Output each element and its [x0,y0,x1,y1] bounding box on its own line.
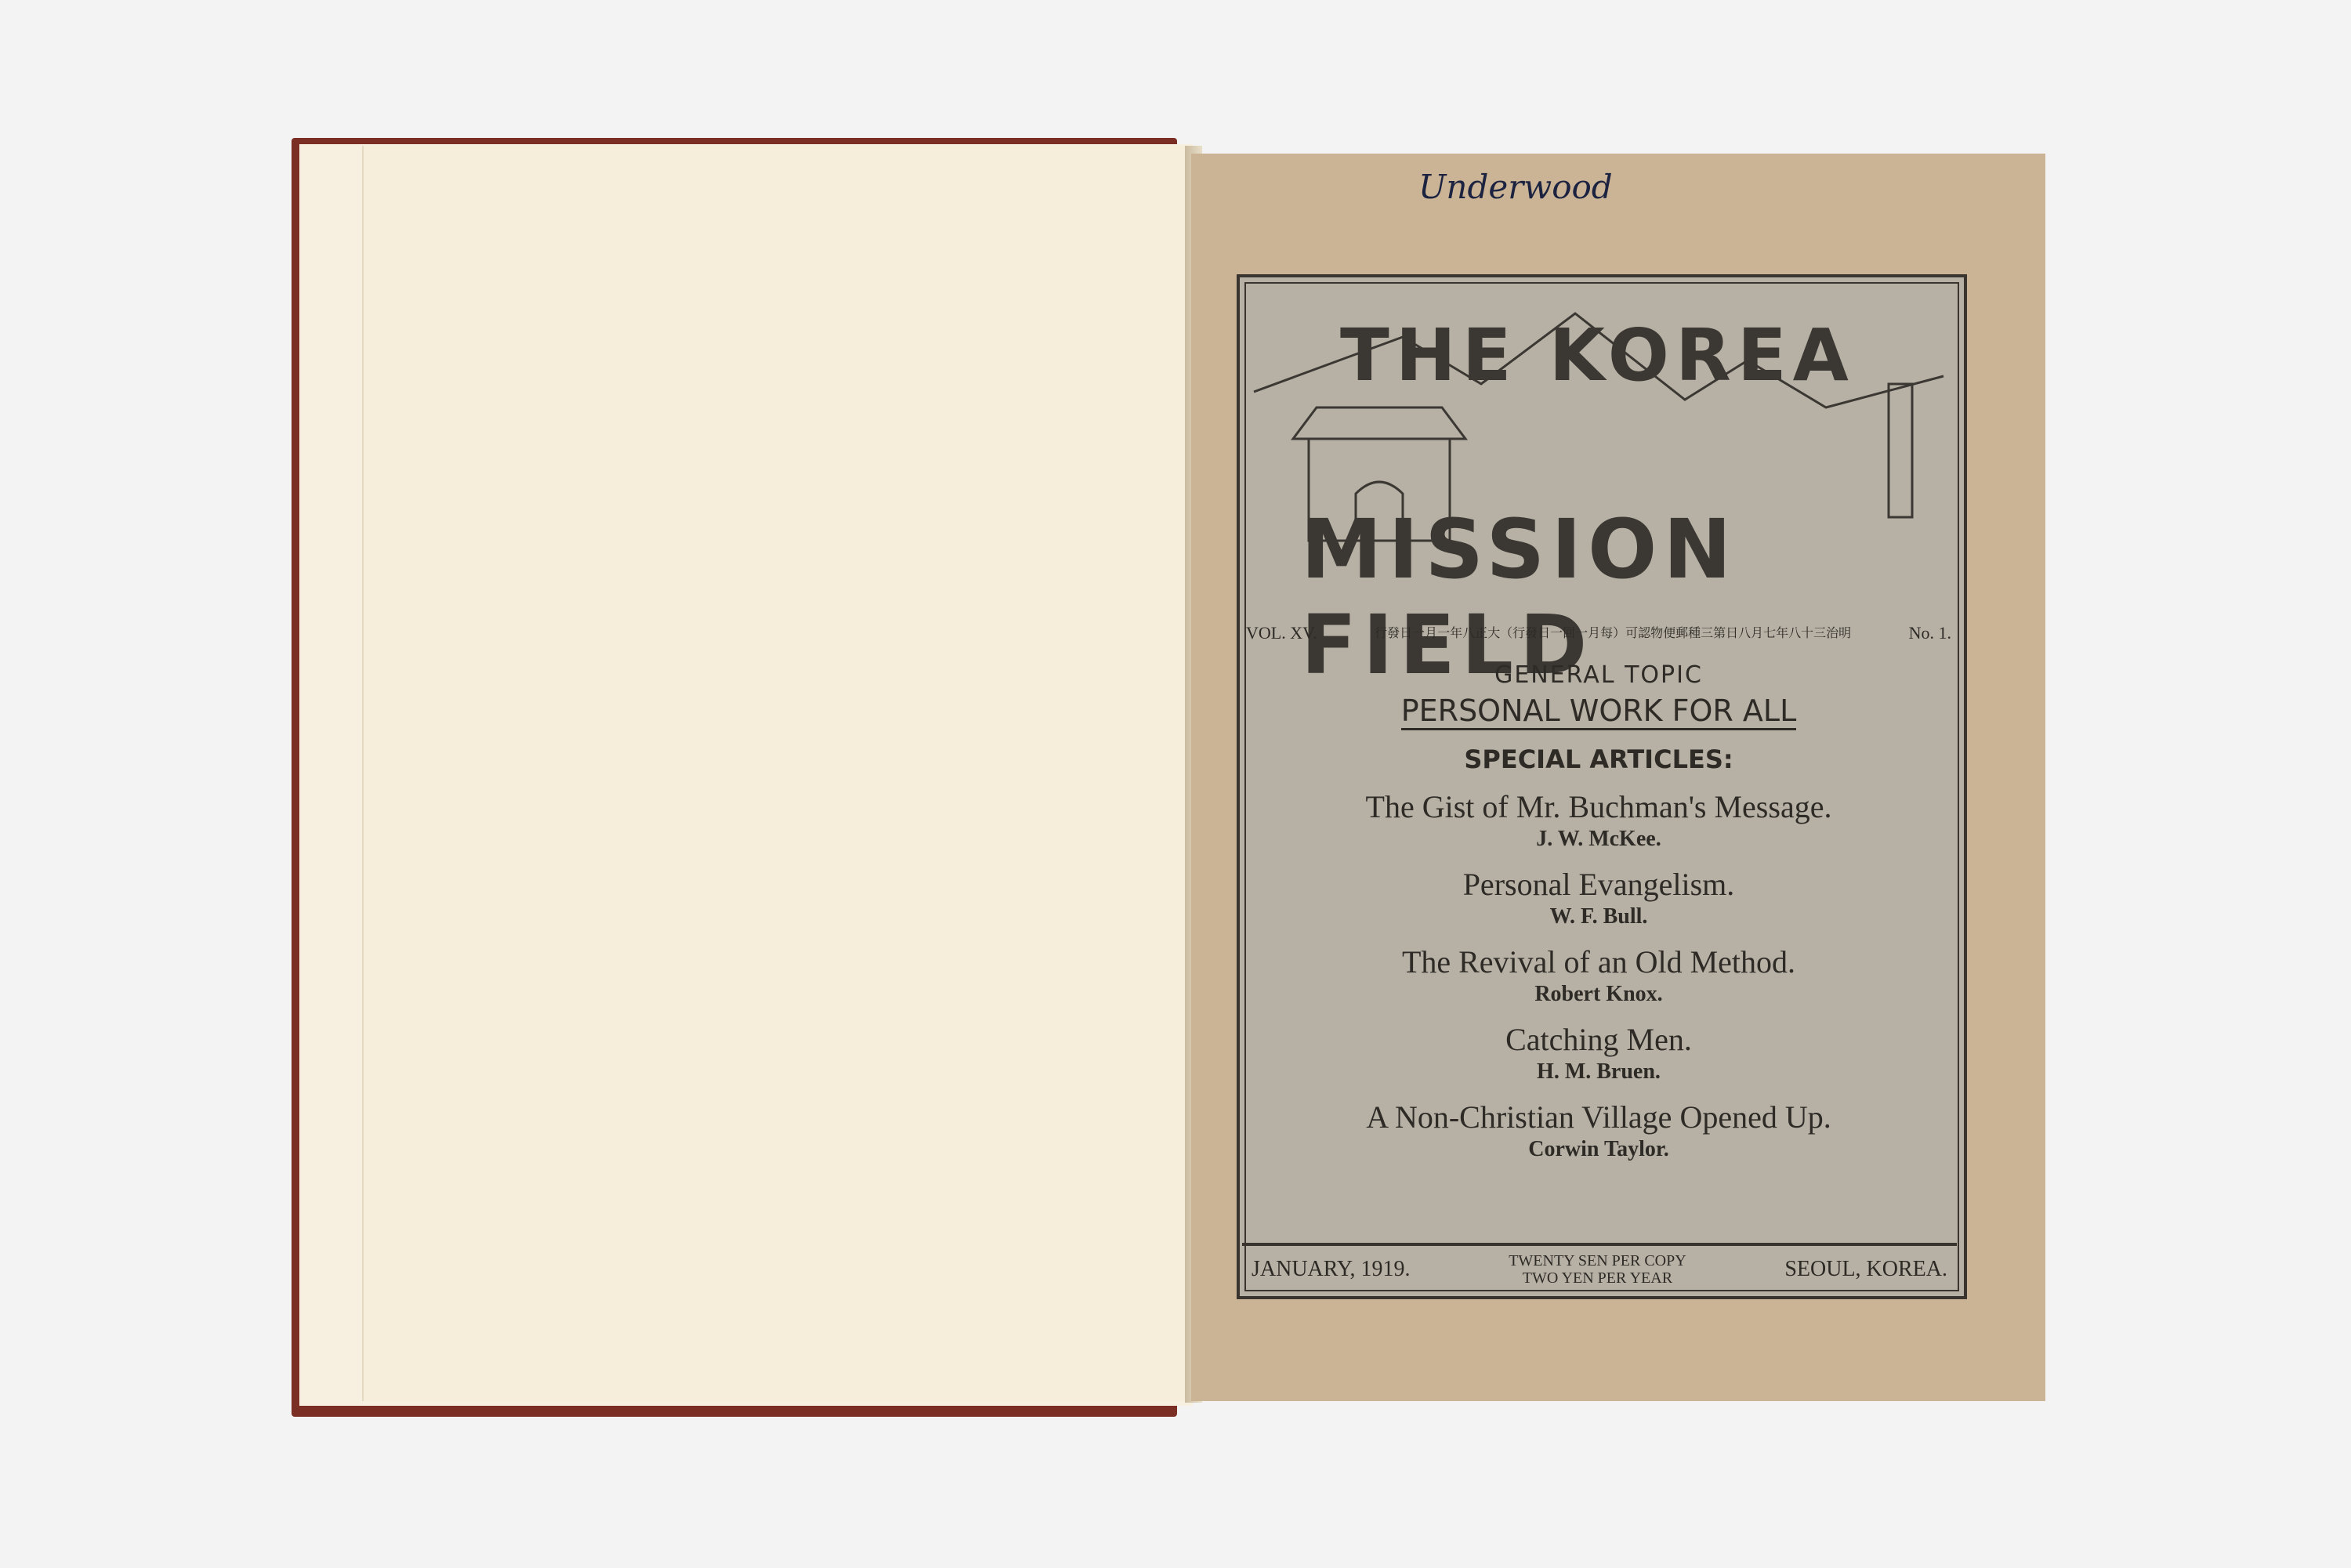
masthead-line-1: THE KOREA [1340,313,1855,397]
article-author: H. M. Bruen. [1254,1059,1943,1085]
article: Catching Men.H. M. Bruen. [1254,1021,1943,1085]
article: A Non-Christian Village Opened Up.Corwin… [1254,1099,1943,1162]
volume: VOL. XV. [1246,623,1317,643]
article: The Revival of an Old Method.Robert Knox… [1254,943,1943,1007]
cover-footer: JANUARY, 1919. TWENTY SEN PER COPYTWO YE… [1242,1243,1957,1293]
issue-date: JANUARY, 1919. [1242,1257,1420,1282]
masthead-illustration: THE KOREA MISSION FIELD [1246,290,1951,603]
article-title: The Revival of an Old Method. [1254,943,1943,980]
issue-number: No. 1. [1909,623,1951,643]
article-title: The Gist of Mr. Buchman's Message. [1254,788,1943,825]
price-per-year: TWO YEN PER YEAR [1509,1269,1686,1287]
general-topic-label: GENERAL TOPIC [1254,661,1943,689]
article-author: J. W. McKee. [1254,827,1943,852]
article-title: Catching Men. [1254,1021,1943,1058]
contents: GENERAL TOPIC PERSONAL WORK FOR ALL SPEC… [1254,658,1943,1162]
article-title: A Non-Christian Village Opened Up. [1254,1099,1943,1135]
issue-meta: VOL. XV. 行發日一月一年八正大（行發日一回一月每）可認物便郵種三第日八月… [1246,623,1951,643]
article-title: Personal Evangelism. [1254,866,1943,903]
article: Personal Evangelism.W. F. Bull. [1254,866,1943,929]
price-info: TWENTY SEN PER COPYTWO YEN PER YEAR [1509,1252,1686,1287]
japanese-registration: 行發日一月一年八正大（行發日一回一月每）可認物便郵種三第日八月七年八十三治明 [1375,623,1851,643]
price-per-copy: TWENTY SEN PER COPY [1509,1252,1686,1269]
handwritten-name: Underwood [1418,168,1613,206]
article-author: Corwin Taylor. [1254,1137,1943,1162]
article-author: W. F. Bull. [1254,904,1943,929]
general-topic-title: PERSONAL WORK FOR ALL [1401,693,1797,730]
special-articles-label: SPECIAL ARTICLES: [1254,744,1943,774]
article: The Gist of Mr. Buchman's Message.J. W. … [1254,788,1943,852]
article-author: Robert Knox. [1254,982,1943,1007]
blank-flyleaf [362,146,1193,1401]
publication-place: SEOUL, KOREA. [1775,1257,1957,1282]
